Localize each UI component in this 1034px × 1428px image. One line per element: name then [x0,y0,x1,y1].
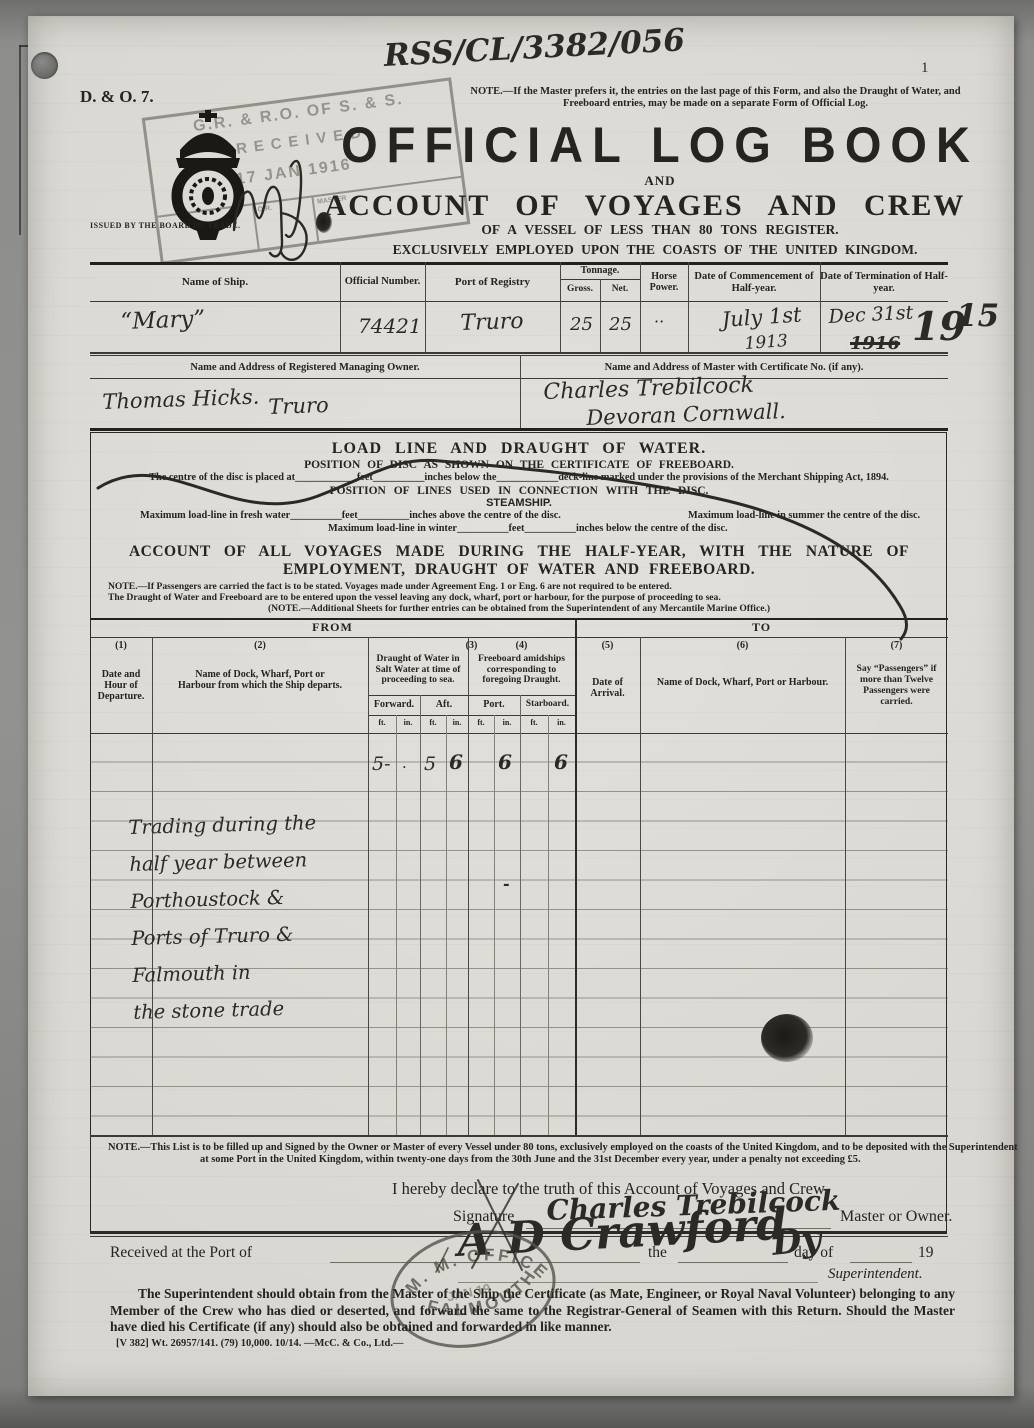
subcol-starboard: Starboard. [520,699,575,709]
scan-background: RSS/CL/3382/056 1 D. & O. 7. G.R. & R.O.… [0,0,1034,1428]
employment-line: Porthoustock & [130,878,319,920]
col5-header: (5) Date of Arrival. [575,640,640,699]
in-label: in. [446,719,468,728]
col1-header: (1) Date and Hour of Departure. [90,640,152,702]
col-name-of-ship: Name of Ship. [90,276,340,288]
superintendent-label: Superintendent. [828,1266,923,1283]
ship-name-value: “Mary” [120,306,206,335]
employment-line: Falmouth in [132,952,321,994]
col2-number: (2) [254,640,266,651]
draught-forward-in: · [402,758,407,776]
col6-label: Name of Dock, Wharf, Port or Harbour. [648,677,838,688]
col6-number: (6) [737,640,749,651]
draught-aft-in: 6 [449,750,463,774]
col4-number: (4) [468,640,575,651]
header-note-line1: NOTE.—If the Master prefers it, the entr… [470,86,960,97]
col2-label: Name of Dock, Wharf, Port or Harbour fro… [178,669,343,691]
freeboard-starboard-in: 6 [554,750,568,774]
load-line-title: LOAD LINE AND DRAUGHT OF WATER. [90,440,948,458]
freeboard-port-in: 6 [498,750,512,774]
steamship-label: STEAMSHIP. [90,497,948,509]
ft-label: ft. [368,719,396,728]
rule [368,695,575,696]
horse-power-value: ·· [654,312,664,331]
in-label: in. [494,719,520,728]
rule [90,355,948,356]
subcol-forward: Forward. [368,699,420,710]
rule [845,637,846,1135]
ft-label: ft. [520,719,548,728]
blank-line [678,1262,788,1263]
rule [520,695,521,1135]
col3-label: Draught of Water in Salt Water at time o… [370,654,466,686]
termination-struck-year: 1916 [850,333,900,354]
employment-line: Trading during the [128,804,317,846]
voyages-note-3: (NOTE.—Additional Sheets for further ent… [90,604,948,615]
rule [420,695,421,1135]
ft-label: ft. [420,719,446,728]
reference-number-handwritten: RSS/CL/3382/056 [383,22,686,74]
printer-imprint: [V 382] Wt. 26957/141. (79) 10,000. 10/1… [116,1338,403,1350]
disc-position-line: The centre of the disc is placed at_____… [90,472,948,483]
col-horse-power: Horse Power. [640,271,688,293]
winter-line: Maximum load-line in winter__________fee… [328,523,728,534]
col-port-of-registry: Port of Registry [425,276,560,288]
entry-dash-mark: - [503,874,510,893]
header-note-line2: Freeboard entries, may be made on a sepa… [563,98,868,109]
tagline-2: EXCLUSIVELY EMPLOYED UPON THE COASTS OF … [325,243,985,258]
port-of-registry-value: Truro [460,309,524,336]
col1-number: (1) [115,640,127,651]
draught-forward-ft: 5- [372,753,391,775]
stamp-cell-or: O.R. [252,198,317,249]
employment-note: Trading during the half year between Por… [128,804,321,1031]
draught-aft-ft: 5 [424,753,436,775]
employment-line: half year between [129,841,318,883]
to-span-label: TO [575,621,948,634]
header-note: NOTE.—If the Master prefers it, the entr… [448,86,983,110]
summer-line: Maximum load-line in summer the centre o… [688,510,920,521]
col5-label: Date of Arrival. [583,677,633,699]
net-tonnage-value: 25 [609,314,632,335]
employment-line: the stone trade [133,989,322,1031]
rule [90,637,948,638]
col-termination: Date of Termination of Half-year. [820,271,948,295]
underlying-sheet-edge [19,45,21,235]
official-number-value: 74421 [358,314,422,338]
col-tonnage: Tonnage. [560,265,640,276]
subcol-port: Port. [468,699,520,710]
owner-port-value: Truro [268,393,329,419]
owner-name-value: Thomas Hicks. [102,385,260,414]
commencement-value: July 1st [721,302,802,332]
col7-number: (7) [891,640,903,651]
form-code: D. & O. 7. [80,88,154,107]
rule [90,352,948,354]
title-and: AND [330,174,990,188]
rule [640,637,641,1135]
rule [468,637,469,1135]
lines-position-title: POSITION OF LINES USED IN CONNECTION WIT… [90,485,948,498]
from-span-label: FROM [90,621,575,634]
col5-number: (5) [602,640,614,651]
col-commencement: Date of Commencement of Half-year. [688,271,820,295]
rule [446,715,447,1135]
superintendent-signature-suffix: Dy [770,1219,823,1264]
document-page: RSS/CL/3382/056 1 D. & O. 7. G.R. & R.O.… [28,16,1014,1396]
page-subtitle: ACCOUNT OF VOYAGES AND CREW [315,189,975,222]
page-title: OFFICIAL LOG BOOK [330,117,990,172]
rule [90,378,948,379]
rule [90,618,948,620]
col-official-number: Official Number. [340,276,425,288]
superintendent-instructions: The Superintendent should obtain from th… [110,1286,955,1336]
col6-header: (6) Name of Dock, Wharf, Port or Harbour… [640,640,845,688]
ink-blot-small [316,212,332,233]
rule [368,715,575,716]
load-line-subtitle: POSITION OF DISC AS SHOWN ON THE CERTIFI… [90,459,948,472]
rule [368,637,369,1135]
declaration-note: NOTE.—This List is to be filled up and S… [108,1142,1022,1165]
col1-label: Date and Hour of Departure. [93,669,149,702]
col4-label: Freeboard amidships corresponding to for… [470,654,573,686]
col2-header: (2) Name of Dock, Wharf, Port or Harbour… [152,640,368,691]
employment-line: Ports of Truro & [131,915,320,957]
in-label: in. [548,719,575,728]
commencement-year-value: 1913 [744,331,789,354]
emblem-caption: ISSUED BY THE BOARD OF TRADE. [90,222,241,231]
tagline-1: OF A VESSEL OF LESS THAN 80 TONS REGISTE… [330,223,990,238]
blank-line [850,1262,912,1263]
in-label: in. [396,719,420,728]
col-managing-owner: Name and Address of Registered Managing … [90,362,520,374]
page-number: 1 [921,60,929,77]
col-gross: Gross. [560,284,600,294]
punch-hole [31,52,58,79]
subcol-aft: Aft. [420,699,468,710]
voyages-title-2: EMPLOYMENT, DRAUGHT OF WATER AND FREEBOA… [90,561,948,578]
col-net: Net. [600,284,640,294]
ft-label: ft. [468,719,494,728]
rule [548,715,549,1135]
rule [494,715,495,1135]
gross-tonnage-value: 25 [570,314,593,335]
col7-header: (7) Say “Passengers” if more than Twelve… [845,640,948,707]
year-prefix: 19 [918,1244,934,1261]
fresh-water-line: Maximum load-line in fresh water________… [140,510,561,521]
voyages-note-2: The Draught of Water and Freeboard are t… [108,593,721,604]
col7-label: Say “Passengers” if more than Twelve Pas… [851,663,943,707]
master-or-owner-label: Master or Owner. [840,1208,952,1226]
voyages-title-1: ACCOUNT OF ALL VOYAGES MADE DURING THE H… [90,543,948,560]
rule [396,715,397,1135]
master-address-value: Devoran Cornwall. [586,399,786,430]
col-master-name: Name and Address of Master with Certific… [520,362,948,374]
margin-year: 15 [956,298,999,334]
rule [90,428,948,431]
ink-blot-large [761,1014,813,1062]
voyages-note-1: NOTE.—If Passengers are carried the fact… [108,582,672,593]
received-at-label: Received at the Port of [110,1244,252,1261]
termination-value: Dec 31st [828,302,914,328]
rule [90,1135,948,1137]
